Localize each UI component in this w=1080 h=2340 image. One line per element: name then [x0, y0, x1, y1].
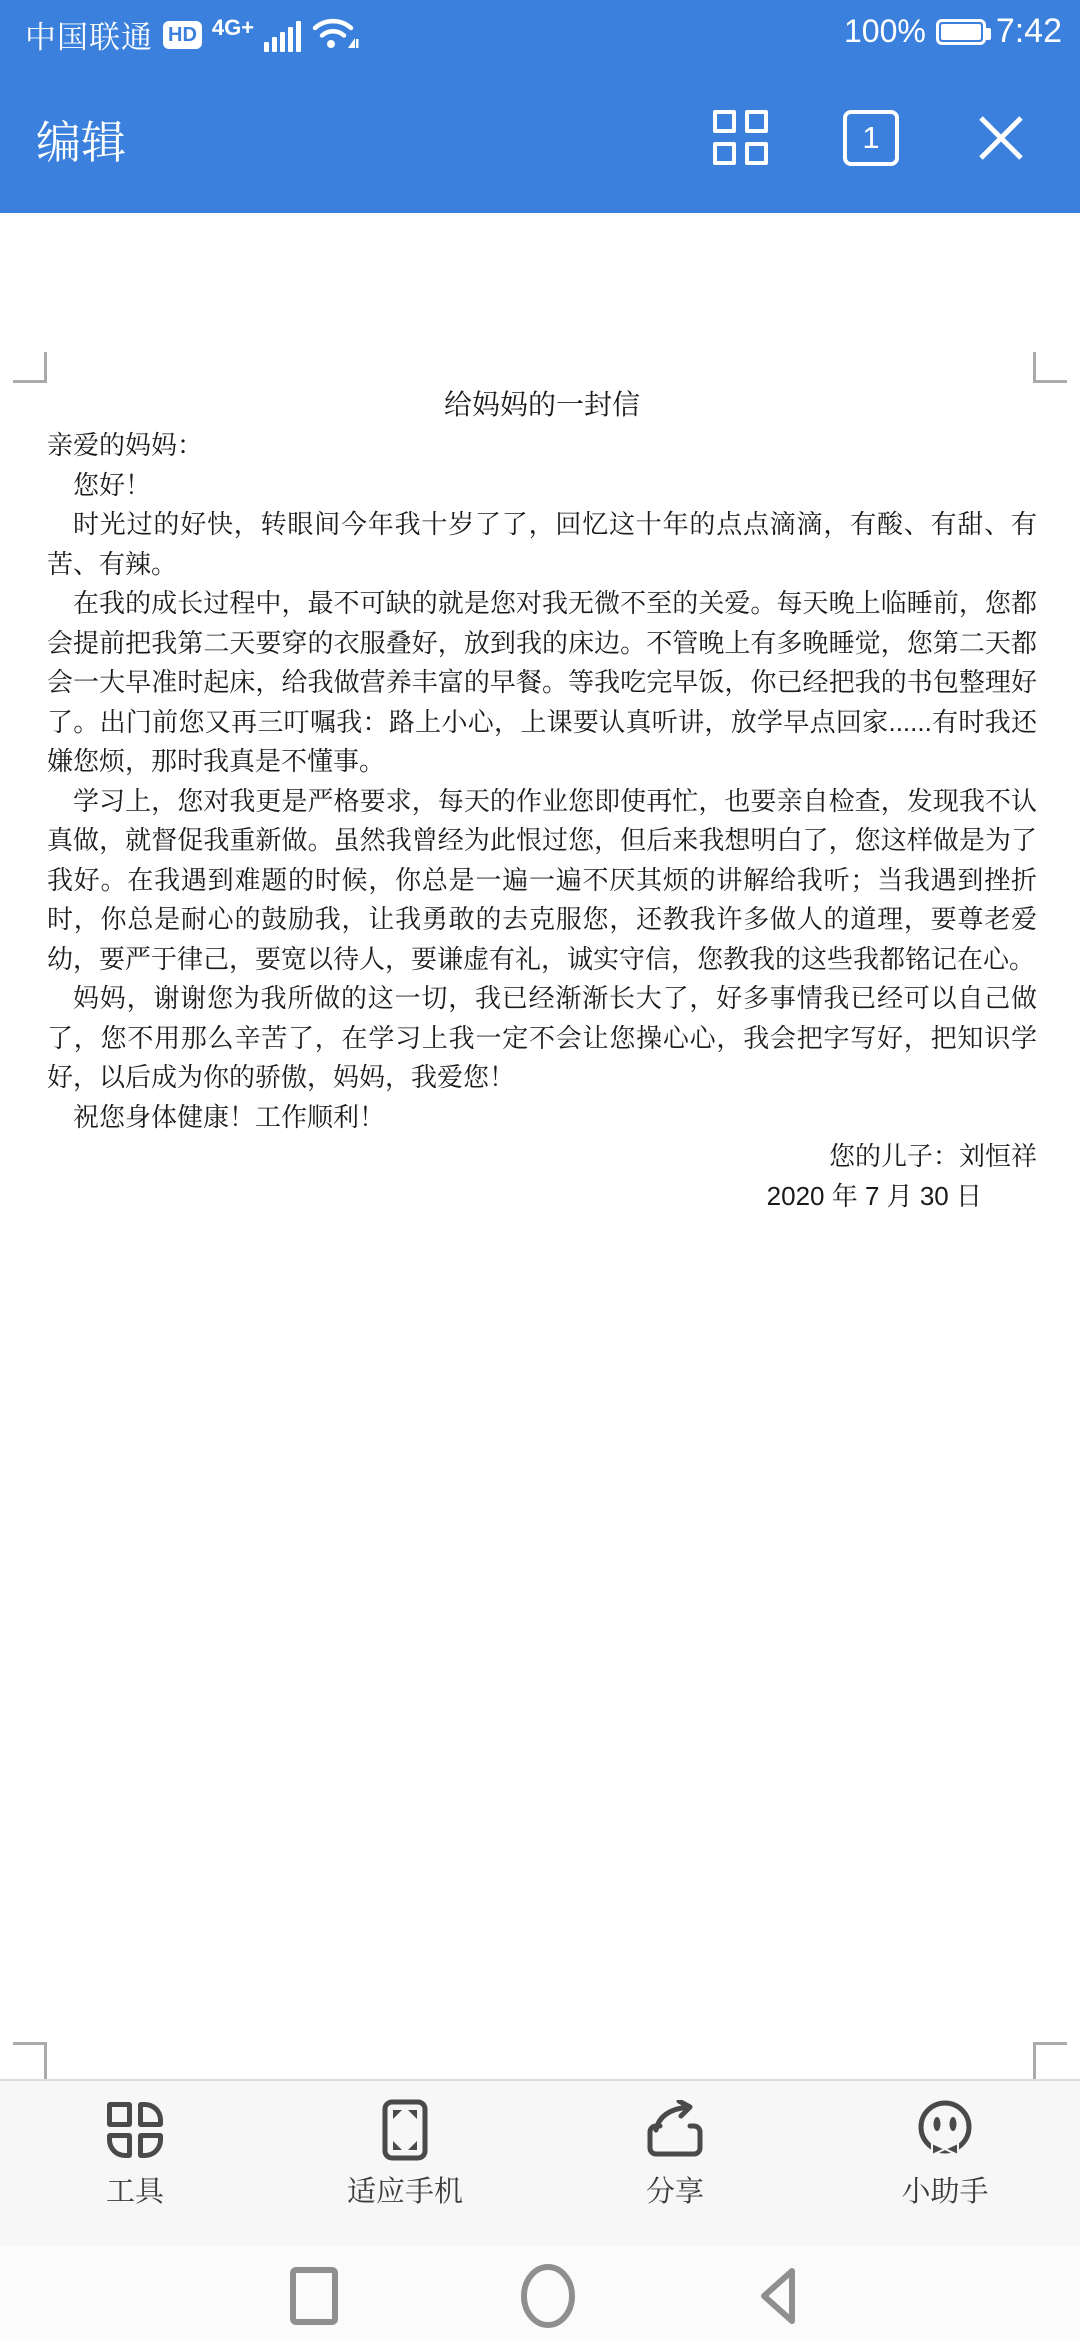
battery-percent-label: 100% — [844, 13, 926, 50]
document-page[interactable]: 给妈妈的一封信 亲爱的妈妈： 您好！时光过的好快，转眼间今年我十岁了了，回忆这十… — [0, 213, 1080, 2079]
toolbar-item-label: 小助手 — [901, 2169, 988, 2210]
nav-bar — [0, 2246, 1080, 2340]
share-icon — [646, 2099, 704, 2161]
document-paragraph[interactable]: 学习上，您对我更是严格要求，每天的作业您即使再忙，也要亲自检查，发现我不认真做，… — [47, 782, 1037, 980]
document-paragraph[interactable]: 在我的成长过程中，最不可缺的就是您对我无微不至的关爱。每天晚上临睡前，您都会提前… — [47, 584, 1037, 782]
toolbar-item-assistant[interactable]: 小助手 — [810, 2081, 1080, 2246]
home-button[interactable] — [513, 2263, 583, 2329]
home-circle-icon — [520, 2263, 576, 2329]
toolbar-item-label: 分享 — [646, 2169, 704, 2210]
crop-mark-top-right — [1033, 352, 1067, 383]
document-paragraph[interactable]: 您好！ — [47, 466, 1037, 506]
document-title[interactable]: 给妈妈的一封信 — [47, 384, 1037, 426]
close-icon — [973, 110, 1029, 166]
document-salutation[interactable]: 亲爱的妈妈： — [47, 426, 1037, 466]
assistant-icon — [915, 2099, 975, 2161]
page-indicator-button[interactable]: 1 — [843, 110, 899, 166]
status-bar-right: 100% 7:42 — [844, 12, 1062, 51]
tools-icon — [107, 2099, 163, 2161]
document-paragraph[interactable]: 时光过的好快，转眼间今年我十岁了了，回忆这十年的点点滴滴，有酸、有甜、有苦、有辣… — [47, 505, 1037, 584]
crop-mark-bottom-right — [1033, 2042, 1067, 2079]
close-button[interactable] — [973, 110, 1029, 166]
clock-label: 7:42 — [996, 12, 1062, 51]
app-toolbar: 编辑 1 — [0, 70, 1080, 213]
signal-strength-icon — [264, 18, 301, 52]
back-button[interactable] — [743, 2263, 813, 2329]
fit-phone-icon — [382, 2099, 428, 2161]
recents-button[interactable] — [279, 2263, 349, 2329]
document-text[interactable]: 给妈妈的一封信 亲爱的妈妈： 您好！时光过的好快，转眼间今年我十岁了了，回忆这十… — [47, 384, 1037, 1216]
toolbar-item-label: 适应手机 — [347, 2169, 463, 2210]
document-paragraph[interactable]: 祝您身体健康！工作顺利！ — [47, 1098, 1037, 1138]
status-bar: 中国联通 HD 4G+ 100% 7:42 — [0, 0, 1080, 70]
crop-mark-bottom-left — [13, 2042, 47, 2079]
back-triangle-icon — [754, 2265, 802, 2327]
app-header: 中国联通 HD 4G+ 100% 7:42 编辑 — [0, 0, 1080, 213]
page-number-label: 1 — [862, 120, 879, 156]
carrier-label: 中国联通 — [25, 12, 153, 57]
grid-view-button[interactable] — [713, 110, 769, 166]
toolbar-item-label: 工具 — [106, 2169, 164, 2210]
document-paragraph[interactable]: 妈妈，谢谢您为我所做的这一切，我已经渐渐长大了，好多事情我已经可以自己做了，您不… — [47, 979, 1037, 1098]
toolbar-item-tools[interactable]: 工具 — [0, 2081, 270, 2246]
document-paragraphs: 您好！时光过的好快，转眼间今年我十岁了了，回忆这十年的点点滴滴，有酸、有甜、有苦… — [47, 466, 1037, 1138]
hd-badge-icon: HD — [163, 21, 202, 49]
status-bar-left: 中国联通 HD 4G+ — [25, 12, 359, 57]
grid-view-icon — [713, 110, 736, 133]
battery-icon — [936, 19, 986, 45]
document-date[interactable]: 2020 年 7 月 30 日 — [47, 1177, 1037, 1217]
screen: { "colors": { "header-blue": "#3A80DC", … — [0, 0, 1080, 2340]
document-signature[interactable]: 您的儿子：刘恒祥 — [47, 1137, 1037, 1177]
network-type-label: 4G+ — [212, 18, 254, 38]
recents-square-icon — [289, 2266, 339, 2326]
bottom-toolbar: 工具 适应手机 分享 — [0, 2079, 1080, 2246]
toolbar-item-fit-phone[interactable]: 适应手机 — [270, 2081, 540, 2246]
crop-mark-top-left — [13, 352, 47, 383]
wifi-icon — [311, 12, 359, 57]
toolbar-item-share[interactable]: 分享 — [540, 2081, 810, 2246]
edit-mode-button[interactable]: 编辑 — [36, 106, 126, 171]
